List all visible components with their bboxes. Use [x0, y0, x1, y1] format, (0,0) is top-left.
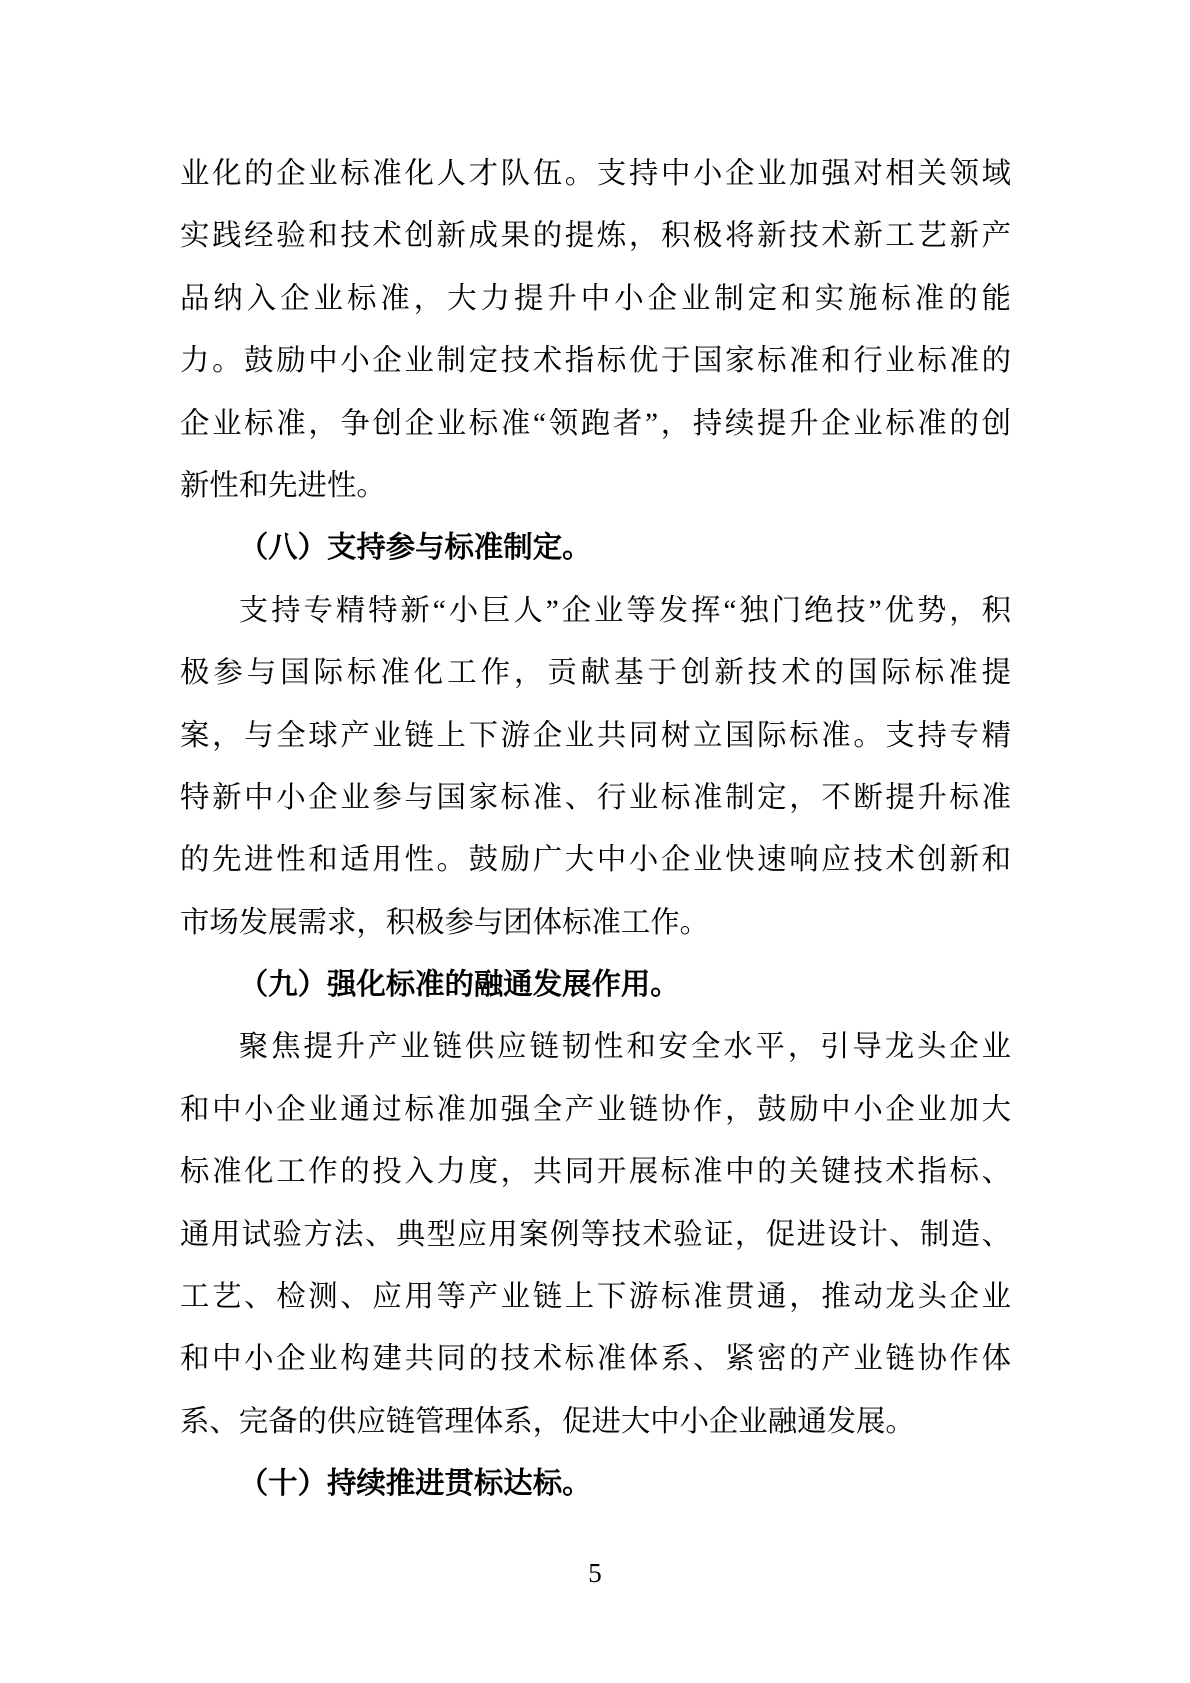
text-line: 聚焦提升产业链供应链韧性和安全水平，引导龙头企业 [180, 1016, 1011, 1078]
page-number: 5 [0, 1553, 1190, 1593]
text-line: 系、完备的供应链管理体系，促进大中小企业融通发展。 [180, 1391, 1011, 1453]
section-heading: （九）强化标准的融通发展作用。 [180, 954, 1011, 1016]
text-line: 力。鼓励中小企业制定技术指标优于国家标准和行业标准的 [180, 330, 1011, 392]
text-line: 标准化工作的投入力度，共同开展标准中的关键技术指标、 [180, 1141, 1011, 1203]
text-line: 支持专精特新“小巨人”企业等发挥“独门绝技”优势，积 [180, 580, 1011, 642]
text-line: 实践经验和技术创新成果的提炼，积极将新技术新工艺新产 [180, 205, 1011, 267]
text-line: 案，与全球产业链上下游企业共同树立国际标准。支持专精 [180, 705, 1011, 767]
text-line: 极参与国际标准化工作，贡献基于创新技术的国际标准提 [180, 642, 1011, 704]
text-line: 企业标准，争创企业标准“领跑者”，持续提升企业标准的创 [180, 393, 1011, 455]
text-line: 特新中小企业参与国家标准、行业标准制定，不断提升标准 [180, 767, 1011, 829]
text-line: 和中小企业构建共同的技术标准体系、紧密的产业链协作体 [180, 1328, 1011, 1390]
document-body: 业化的企业标准化人才队伍。支持中小企业加强对相关领域 实践经验和技术创新成果的提… [180, 143, 1011, 1516]
text-line: 的先进性和适用性。鼓励广大中小企业快速响应技术创新和 [180, 829, 1011, 891]
section-heading: （八）支持参与标准制定。 [180, 517, 1011, 579]
text-line: 通用试验方法、典型应用案例等技术验证，促进设计、制造、 [180, 1204, 1011, 1266]
text-line: 新性和先进性。 [180, 455, 1011, 517]
text-line: 和中小企业通过标准加强全产业链协作，鼓励中小企业加大 [180, 1079, 1011, 1141]
text-line: 市场发展需求，积极参与团体标准工作。 [180, 892, 1011, 954]
text-line: 品纳入企业标准，大力提升中小企业制定和实施标准的能 [180, 268, 1011, 330]
text-line: 业化的企业标准化人才队伍。支持中小企业加强对相关领域 [180, 143, 1011, 205]
text-line: 工艺、检测、应用等产业链上下游标准贯通，推动龙头企业 [180, 1266, 1011, 1328]
section-heading: （十）持续推进贯标达标。 [180, 1453, 1011, 1515]
document-page: 业化的企业标准化人才队伍。支持中小企业加强对相关领域 实践经验和技术创新成果的提… [0, 0, 1190, 1683]
